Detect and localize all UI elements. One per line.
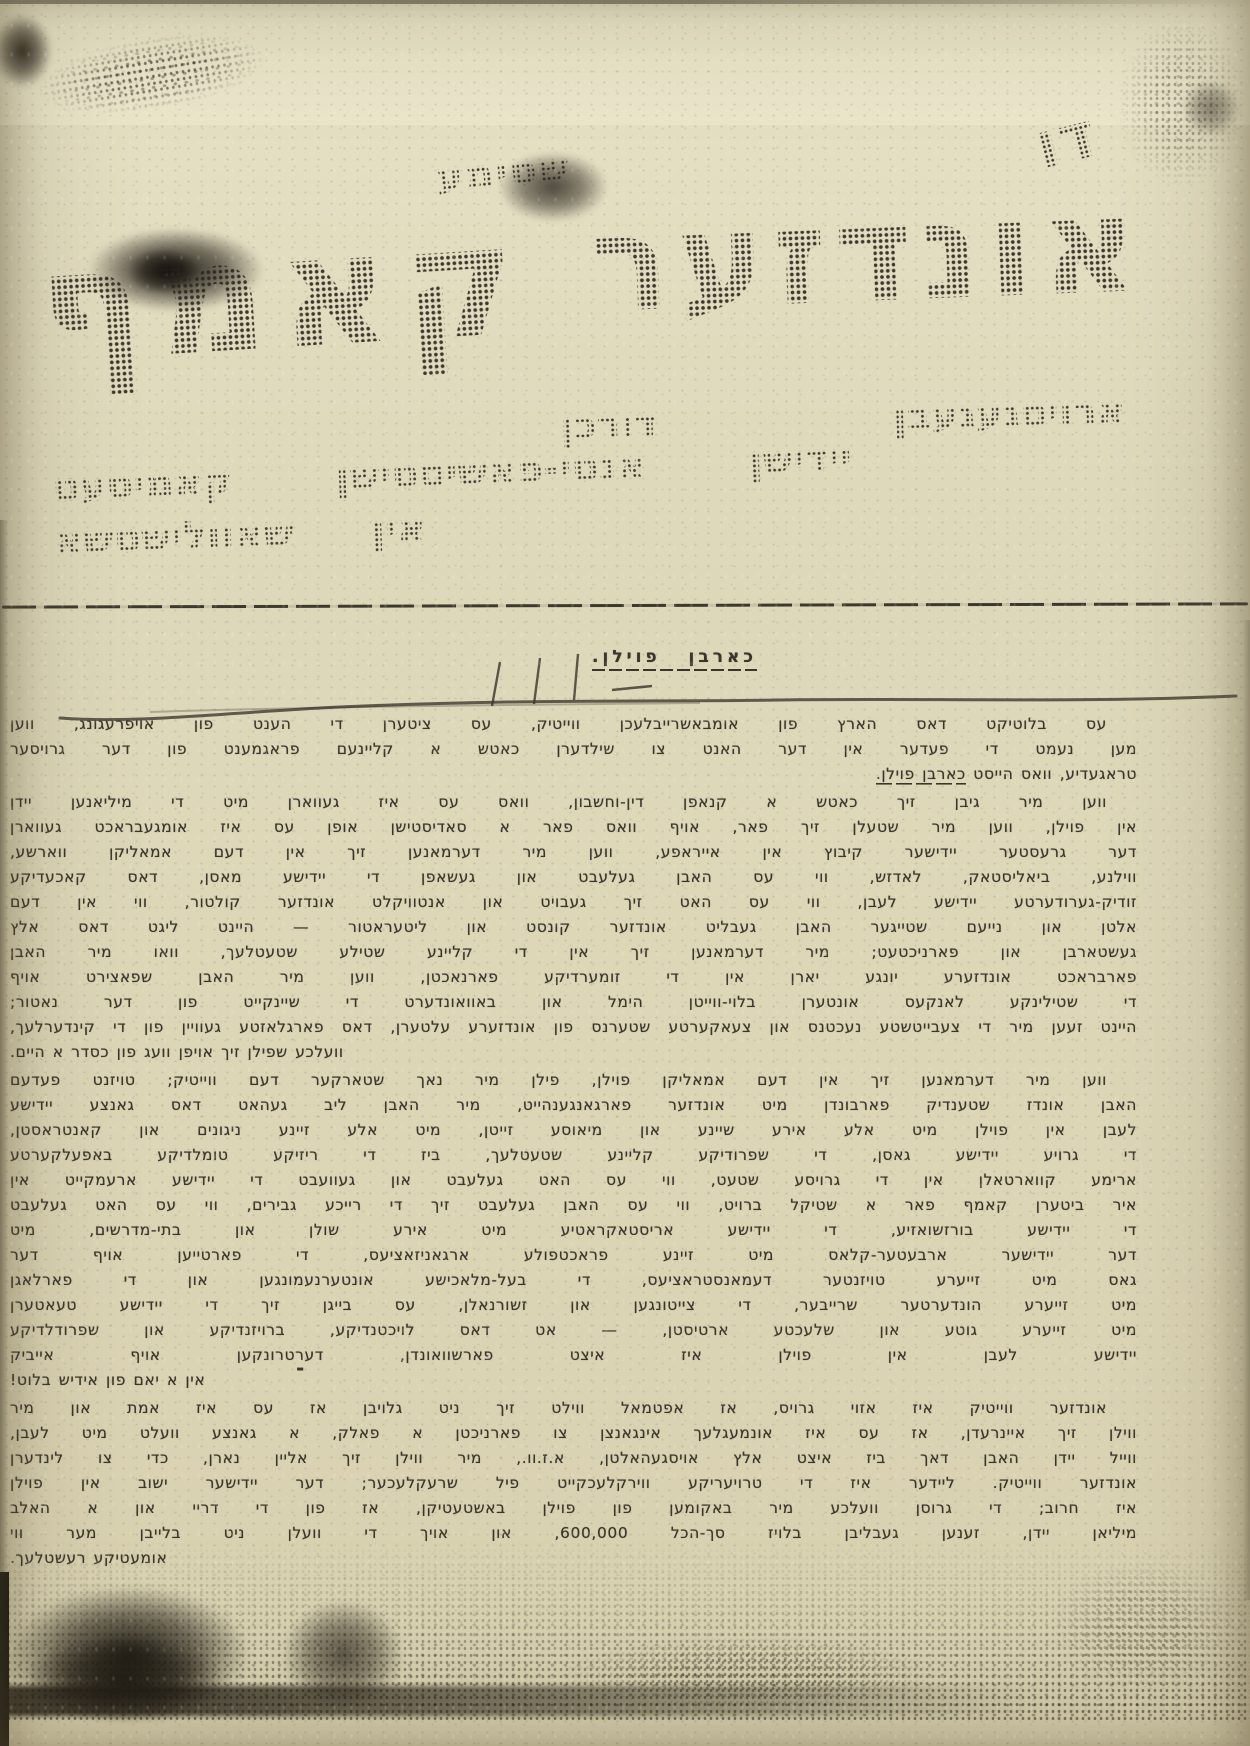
- text-line: לעבן אין פוילן מיט אלע אירע שיינע און מי…: [10, 1118, 1137, 1143]
- text-line: מיט זייערע גוטע און שלעכטע ארטיסטן, — אט…: [10, 1318, 1137, 1343]
- text-line: גאס מיט זייערע טויזנטער דעמאנסטראציעס, ד…: [10, 1268, 1137, 1293]
- text-line: ווען מיר דערמאנען זיך אין דעם אמאליקן פו…: [10, 1068, 1137, 1093]
- text-line: די יידישע בורזשואזיע, די יידישע אריסטאקר…: [10, 1218, 1137, 1243]
- paragraph: ווען מיר דערמאנען זיך אין דעם אמאליקן פו…: [10, 1068, 1137, 1393]
- text-line: עס בלוטיקט דאס הארץ פון אומבאשרייבלעכן ו…: [10, 712, 1137, 737]
- masthead-subtitle-3: אין שאוולישטשא: [53, 506, 426, 565]
- text-line: איז חרוב; די גרוסן וועלכע מיר באקומען פו…: [10, 1496, 1137, 1521]
- underlined-phrase: כארבן פוילן.: [876, 765, 966, 785]
- bottom-smudge-band: [0, 1686, 1030, 1716]
- text-line: ווען מיר גיבן זיך כאטש א קנאפן דין-וחשבו…: [10, 790, 1137, 815]
- page-edge-top: [0, 0, 1250, 4]
- paragraph: עס בלוטיקט דאס הארץ פון אומבאשרייבלעכן ו…: [10, 712, 1137, 787]
- text-line: וועלכע שפילן זיך אויפן וועג פון כסדר א ה…: [10, 1040, 1137, 1065]
- dashed-divider-rule: [2, 602, 1248, 608]
- masthead-title-word-1: אונדזער: [587, 168, 1148, 343]
- text-line: איר ביטערן קאמף פאר א שטיקל ברויט, ווי ע…: [10, 1193, 1137, 1218]
- text-line: אין פוילן, ווען מיר שטעלן זיך פאר, אויף …: [10, 815, 1137, 840]
- text-line: טראגעדיע, וואס הייסט כארבן פוילן.: [10, 762, 1137, 787]
- text-line: ווילן זיך איינרעדן, אז עס איז אונמעגלעך …: [10, 1421, 1137, 1446]
- text-line: ארימע קווארטאלן אין די גרויסע שטעט, ווי …: [10, 1168, 1137, 1193]
- text-line: די גרויע יידישע גאסן, די שפרודיקע קליינע…: [10, 1143, 1137, 1168]
- text-line: מען נעמט די פעדער אין דער האנט צו שילדער…: [10, 737, 1137, 762]
- paragraph: אונדזער ווייטיק איז אזוי גרויס, אז אפטמא…: [10, 1396, 1137, 1571]
- text-line: מיליאן יידן, זענען געבליבן בלויז סך-הכל …: [10, 1521, 1137, 1546]
- text-line: די שטילינקע לאנקעס אונטערן בלוי-ווייטן ה…: [10, 990, 1137, 1015]
- text-run: טראגעדיע, וואס הייסט: [966, 765, 1137, 783]
- typed-dash-mark: -: [296, 1356, 304, 1380]
- text-line: מיט זייערע הונדערטער שרייבער, די צייטונג…: [10, 1293, 1137, 1318]
- masthead-subtitle-2: יידישן אנטי-פאשיסטישן קאמיטעט: [51, 435, 852, 512]
- text-line: אומעטיקע רעשטלעך.: [10, 1546, 1137, 1571]
- text-line: פארבראכט אונדזערע יונגע יארן אין די זומע…: [10, 965, 1137, 990]
- text-line: אלטן און נייעם שטייגער האבן געבליט אונדז…: [10, 915, 1137, 940]
- text-line: היינט זעען מיר די צעבייטשטע נעכטנס און צ…: [10, 1015, 1137, 1040]
- text-line: דער יידישער ארבעטער-קלאס מיט זיינע פראכט…: [10, 1243, 1137, 1268]
- document-scan: דו שטימע אונדזער קאמף ארויסגעגעבן דורכן …: [0, 0, 1250, 1746]
- masthead-title-word-2: קאמף: [34, 190, 533, 399]
- article-body: עס בלוטיקט דאס הארץ פון אומבאשרייבלעכן ו…: [10, 712, 1137, 1571]
- text-line: געשטארבן און פארניכטעט; מיר דערמאנען זיך…: [10, 940, 1137, 965]
- paragraph: ווען מיר גיבן זיך כאטש א קנאפן דין-וחשבו…: [10, 790, 1137, 1065]
- article-heading-text: כארבן פוילן.: [592, 647, 757, 671]
- page-edge-right: [1243, 620, 1250, 1600]
- text-line: אין א יאם פון אידיש בלוט!: [10, 1368, 1137, 1393]
- text-line: ווייל יידן האבן דאך ביז איצט אלץ אויסגעה…: [10, 1446, 1137, 1471]
- text-line: האבן אונדז שטענדיק פארבונדן מיט אונדזער …: [10, 1093, 1137, 1118]
- page-edge-left: [0, 520, 8, 1746]
- text-line: אונדזער ווייטיק איז אזוי גרויס, אז אפטמא…: [10, 1396, 1137, 1421]
- text-line: זודיק-גערודערטע יידישע לעבן, ווי עס האט …: [10, 890, 1137, 915]
- article: כארבן פוילן. עס בלוטיקט דאס הארץ פון אומ…: [10, 646, 1137, 1571]
- text-line: ווילנע, ביאליסטאק, לאדזש, ווי עס האבן גע…: [10, 865, 1137, 890]
- text-line: אונדזער ווייטיק. ליידער איז די טרויעריקע…: [10, 1471, 1137, 1496]
- text-line: יידישע לעבן אין פוילן איז איצט פארשוואונ…: [10, 1343, 1137, 1368]
- page-edge-left-bar: [0, 1572, 9, 1746]
- text-line: דער גרעסטער יידישער קיבוץ אין אייראפע, ו…: [10, 840, 1137, 865]
- article-heading: כארבן פוילן.: [10, 646, 1137, 668]
